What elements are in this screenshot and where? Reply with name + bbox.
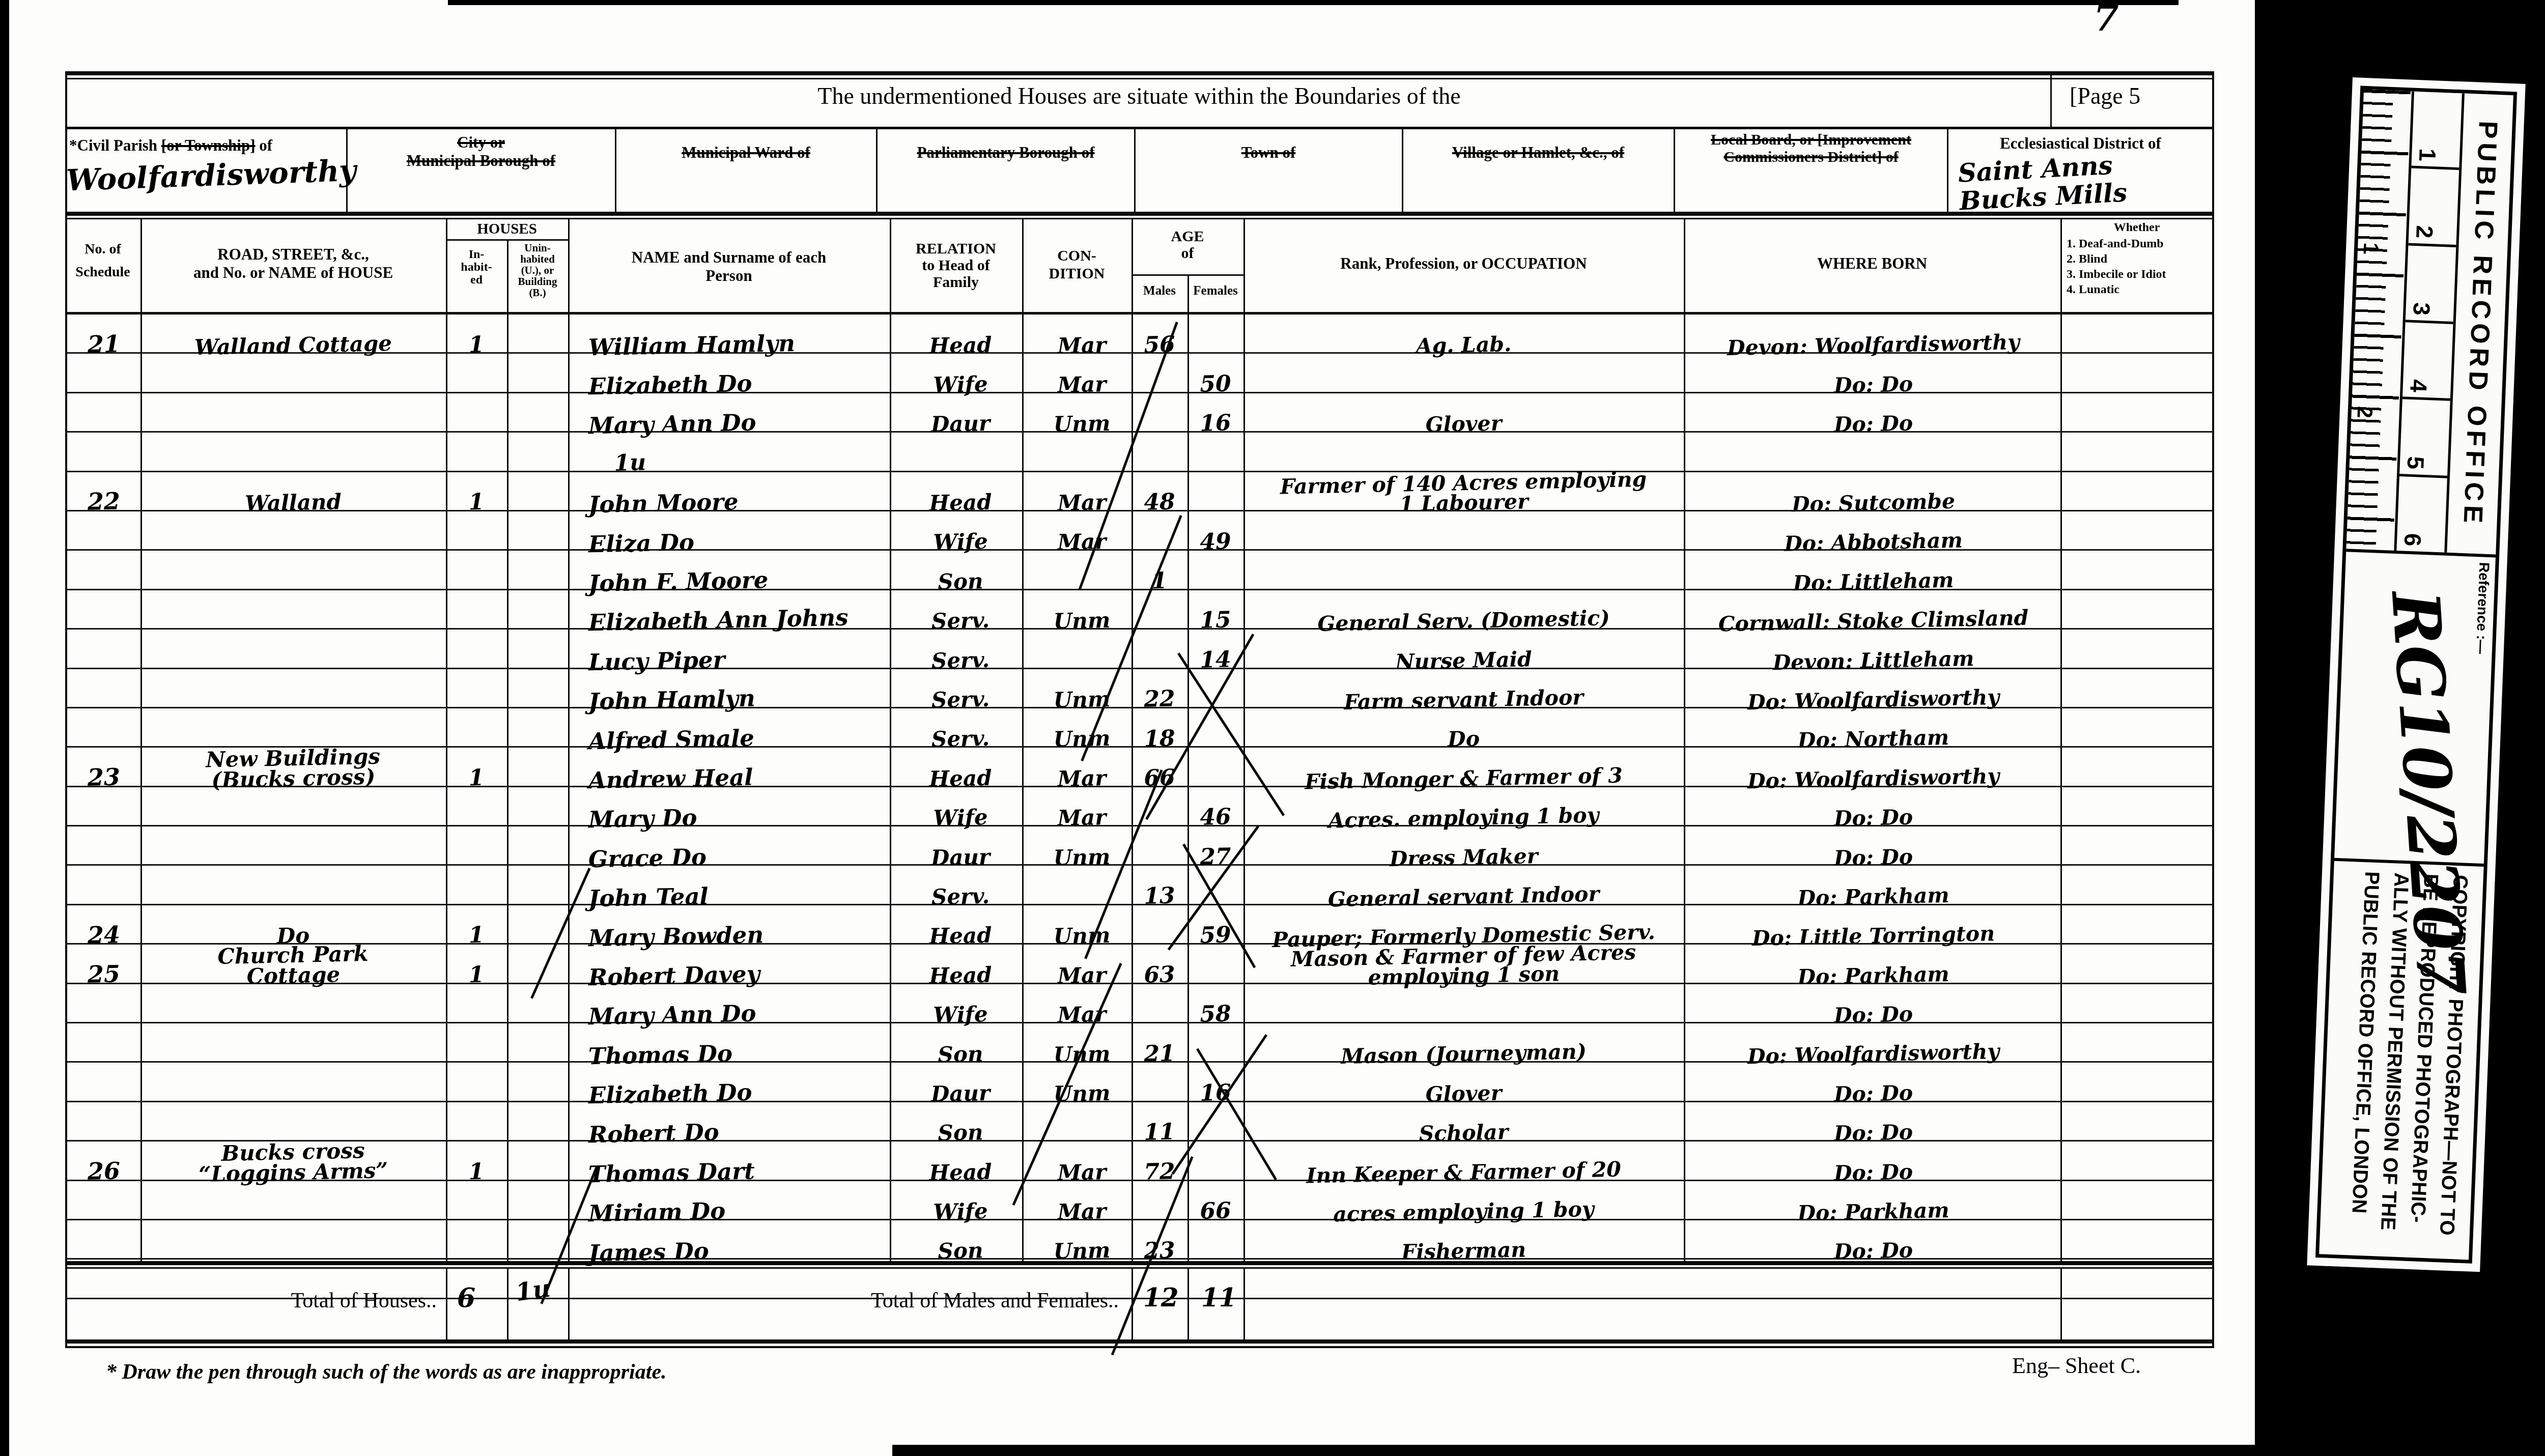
scan-edge-top	[448, 0, 2179, 5]
table-row: Alfred SmaleServ.Unm18DoDo: Northam	[65, 708, 2213, 748]
cell-male-age: 48	[1132, 491, 1188, 513]
cell-condition: Unm	[1027, 846, 1137, 868]
ecclesiastical-value: Saint Anns Bucks Mills	[1957, 150, 2128, 215]
cell-condition: Unm	[1027, 689, 1137, 711]
census-scan-page: { "page": { "title": "The undermentioned…	[0, 0, 2545, 1456]
cell-relation: Son	[894, 1240, 1028, 1263]
cell-relation: Daur	[894, 846, 1028, 869]
table-row: Mary Ann DoWifeMar58Do: Do	[65, 984, 2213, 1023]
cell-condition: Unm	[1027, 925, 1137, 947]
ruler-cm-box: 2	[2408, 168, 2459, 247]
cell-condition: Mar	[1027, 807, 1137, 829]
cell-occupation: Farmer of 140 Acres employing 1 Labourer	[1243, 469, 1684, 518]
cell-relation: Serv.	[894, 688, 1028, 711]
cell-inhabited: 1	[446, 767, 507, 789]
cell-schedule: 22	[67, 490, 141, 514]
cell-female-age: 50	[1187, 373, 1244, 395]
table-row: 26Bucks cross “Loggins Arms”1Thomas Dart…	[65, 1141, 2213, 1181]
table-row: 25Church Park Cottage1Robert DaveyHeadMa…	[65, 945, 2213, 984]
cell-condition: Unm	[1027, 610, 1137, 632]
cell-relation: Head	[894, 964, 1028, 987]
ruler-cm-box: 6	[2396, 476, 2447, 553]
cell-male-age: 23	[1132, 1239, 1188, 1262]
pro-stamp-border: PUBLIC RECORD OFFICE 123456 1 2 Referenc…	[2315, 86, 2517, 1264]
table-row: John F. MooreSon1Do: Littleham	[65, 551, 2213, 590]
cell-relation: Son	[894, 1122, 1028, 1145]
cell-relation: Daur	[894, 413, 1028, 436]
reference-label: Reference :—	[2473, 562, 2493, 654]
scan-edge-bottom	[892, 1445, 2256, 1456]
cell-relation: Son	[894, 1043, 1028, 1066]
cell-male-age: 13	[1132, 885, 1188, 907]
cell-female-age: 16	[1187, 1082, 1244, 1104]
col-header-infirmity-list: 1. Deaf-and-Dumb 2. Blind 3. Imbecile or…	[2067, 236, 2214, 297]
ruler-cm-box: 3	[2406, 245, 2456, 324]
cell-male-age: 1	[1132, 570, 1188, 592]
ecclesiastical-label: Ecclesiastical District of	[1952, 134, 2209, 153]
col-header-infirmity-title: Whether	[2060, 221, 2213, 235]
cell-male-age: 22	[1132, 688, 1188, 710]
civil-parish-struck: [or Township]	[161, 136, 256, 154]
table-row: Elizabeth DoDaurUnm16GloverDo: Do	[65, 1063, 2213, 1102]
footnote: * Draw the pen through such of the words…	[106, 1360, 667, 1384]
civil-parish-suffix: of	[256, 136, 273, 154]
table-row: Grace DoDaurUnm27Dress MakerDo: Do	[65, 826, 2213, 866]
civil-parish-label: *Civil Parish [or Township] of	[69, 136, 344, 155]
cell-male-age: 18	[1132, 727, 1188, 750]
cell-relation: Wife	[894, 1200, 1028, 1223]
cell-condition: Mar	[1027, 374, 1137, 396]
cell-schedule: 24	[67, 923, 141, 947]
col-header-name: NAME and Surname of each Person	[568, 248, 890, 285]
cell-male-age: 21	[1132, 1042, 1188, 1065]
census-rows: 21Walland Cottage1William HamlynHeadMar5…	[65, 315, 2213, 1299]
cell-condition: Mar	[1027, 1004, 1137, 1026]
cell-condition: Mar	[1027, 767, 1137, 790]
table-row: John TealServ.13General servant IndoorDo…	[65, 866, 2213, 905]
table-row: Elizabeth Ann JohnsServ.Unm15General Ser…	[65, 590, 2213, 630]
cell-note: 1u	[574, 451, 687, 474]
cell-condition: Mar	[1027, 334, 1137, 356]
civil-parish-prefix: *Civil Parish	[69, 136, 161, 154]
pro-stamp-card: PUBLIC RECORD OFFICE 123456 1 2 Referenc…	[2307, 77, 2525, 1272]
col-header-road: ROAD, STREET, &c., and No. or NAME of HO…	[140, 245, 446, 282]
cell-female-age: 15	[1187, 609, 1244, 632]
cell-occupation: Mason & Farmer of few Acres employing 1 …	[1243, 941, 1684, 990]
table-row: Miriam DoWifeMar66acres employing 1 boyD…	[65, 1181, 2213, 1220]
table-row: 22Walland1John MooreHeadMar48Farmer of 1…	[65, 472, 2213, 511]
col-header-relation: RELATION to Head of Family	[890, 240, 1022, 291]
cell-relation: Wife	[894, 531, 1028, 554]
cell-relation: Wife	[894, 1003, 1028, 1026]
cell-condition: Unm	[1027, 728, 1137, 750]
total-houses-uninhabited: 1u	[514, 1274, 552, 1307]
col-header-males: Males	[1132, 284, 1187, 298]
cell-relation: Wife	[894, 806, 1028, 829]
cell-female-age: 49	[1187, 530, 1244, 553]
cell-relation: Head	[894, 767, 1028, 790]
col-header-where-born: WHERE BORN	[1684, 254, 2060, 273]
cell-condition: Unm	[1027, 413, 1137, 435]
cell-relation: Head	[894, 1161, 1028, 1184]
cell-female-age: 66	[1187, 1200, 1244, 1222]
page-number: [Page 5	[2070, 82, 2140, 109]
col-header-age: AGE of	[1132, 228, 1243, 262]
cell-condition: Unm	[1027, 1240, 1137, 1262]
total-males: 12	[1143, 1282, 1179, 1312]
cell-relation: Serv.	[894, 649, 1028, 672]
cell-relation: Head	[894, 334, 1028, 357]
page-title: The undermentioned Houses are situate wi…	[574, 82, 1704, 109]
ward-label: Municipal Ward of	[620, 144, 872, 162]
col-header-females: Females	[1187, 284, 1243, 298]
table-row: 24Do1Mary BowdenHeadUnm59Pauper; Formerl…	[65, 905, 2213, 945]
table-row: 21Walland Cottage1William HamlynHeadMar5…	[65, 315, 2213, 354]
cell-inhabited: 1	[446, 924, 507, 947]
total-houses-label: Total of Houses..	[162, 1289, 437, 1313]
total-males-females-label: Total of Males and Females..	[630, 1289, 1119, 1313]
cell-relation: Daur	[894, 1082, 1028, 1105]
cell-road: Church Park Cottage	[140, 942, 446, 989]
table-row: John HamlynServ.Unm22Farm servant Indoor…	[65, 669, 2213, 708]
col-header-schedule: No. of Schedule	[65, 238, 140, 284]
table-row: 1u	[65, 433, 2213, 472]
cell-schedule: 26	[67, 1159, 141, 1183]
cell-relation: Son	[894, 570, 1028, 593]
cell-inhabited: 1	[446, 1161, 507, 1183]
table-row: Thomas DoSonUnm21Mason (Journeyman)Do: W…	[65, 1023, 2213, 1063]
table-row: 23New Buildings (Bucks cross)1Andrew Hea…	[65, 748, 2213, 787]
cell-relation: Serv.	[894, 885, 1028, 908]
cell-inhabited: 1	[446, 491, 507, 513]
ruler-cm-box: 5	[2399, 399, 2450, 478]
table-row: Lucy PiperServ.14Nurse MaidDevon: Little…	[65, 630, 2213, 669]
cell-condition: Mar	[1027, 531, 1137, 553]
sheet-label: Eng– Sheet C.	[2012, 1353, 2141, 1379]
table-row: Robert DoSon11ScholarDo: Do	[65, 1102, 2213, 1141]
cell-road: Bucks cross “Loggins Arms”	[140, 1139, 446, 1186]
ruler-inch-number: 1	[2359, 242, 2384, 255]
ruler-cm-box: 1	[2411, 92, 2462, 170]
cell-condition: Mar	[1027, 1201, 1137, 1223]
borough-label: City or Municipal Borough of	[351, 133, 611, 170]
cell-relation: Head	[894, 491, 1028, 514]
cell-female-age: 16	[1187, 412, 1244, 435]
table-row: Eliza DoWifeMar49Do: Abbotsham	[65, 511, 2213, 551]
cell-road: New Buildings (Bucks cross)	[140, 745, 446, 792]
ruler: PUBLIC RECORD OFFICE 123456 1 2	[2346, 90, 2513, 558]
cell-condition: Unm	[1027, 1082, 1137, 1105]
col-header-uninhabited: Unin- habited (U.), or Building (B.)	[507, 242, 568, 298]
copyright-section: COPYRIGHT PHOTOGRAPH—NOT TOBE REPRODUCED…	[2320, 861, 2484, 1251]
cell-male-age: 56	[1132, 333, 1188, 356]
cell-female-age: 46	[1187, 806, 1244, 829]
cell-condition: Mar	[1027, 1161, 1137, 1183]
total-houses-inhabited: 6	[457, 1282, 475, 1314]
cell-inhabited: 1	[446, 964, 507, 986]
town-label: Town of	[1139, 144, 1398, 162]
cell-condition: Mar	[1027, 492, 1137, 514]
table-row: James DoSonUnm23FishermanDo: Do	[65, 1220, 2213, 1260]
cell-relation: Wife	[894, 373, 1028, 396]
table-row: Elizabeth DoWifeMar50Do: Do	[65, 354, 2213, 393]
col-header-houses: HOUSES	[446, 221, 568, 238]
reference-section: Reference :— RG10/2207	[2334, 552, 2496, 867]
cell-schedule: 21	[67, 332, 141, 356]
total-females: 11	[1201, 1282, 1237, 1312]
local-board-label: Local Board, or [Improvement Commissione…	[1679, 131, 1943, 166]
col-header-inhabited: In- habit- ed	[446, 248, 507, 287]
cell-relation: Serv.	[894, 609, 1028, 632]
table-row: Mary DoWifeMar46Acres. employing 1 boyDo…	[65, 787, 2213, 826]
ruler-cm-box: 4	[2402, 322, 2453, 401]
cell-relation: Serv.	[894, 728, 1028, 751]
corner-mark: 7	[2094, 0, 2119, 39]
cell-male-age: 63	[1132, 964, 1188, 986]
col-header-condition: CON- DITION	[1022, 247, 1132, 282]
ruler-inch-number: 2	[2352, 406, 2377, 418]
cell-relation: Head	[894, 925, 1028, 948]
cell-inhabited: 1	[446, 333, 507, 356]
cell-schedule: 23	[67, 765, 141, 789]
col-header-occupation: Rank, Profession, or OCCUPATION	[1243, 254, 1684, 273]
cell-schedule: 25	[67, 962, 141, 986]
cell-female-age: 58	[1187, 1003, 1244, 1025]
document-page: 7 The undermentione	[9, 0, 2255, 1456]
parl-borough-label: Parliamentary Borough of	[881, 144, 1130, 162]
village-label: Village or Hamlet, &c., of	[1407, 144, 1670, 162]
cell-male-age: 11	[1132, 1121, 1188, 1144]
